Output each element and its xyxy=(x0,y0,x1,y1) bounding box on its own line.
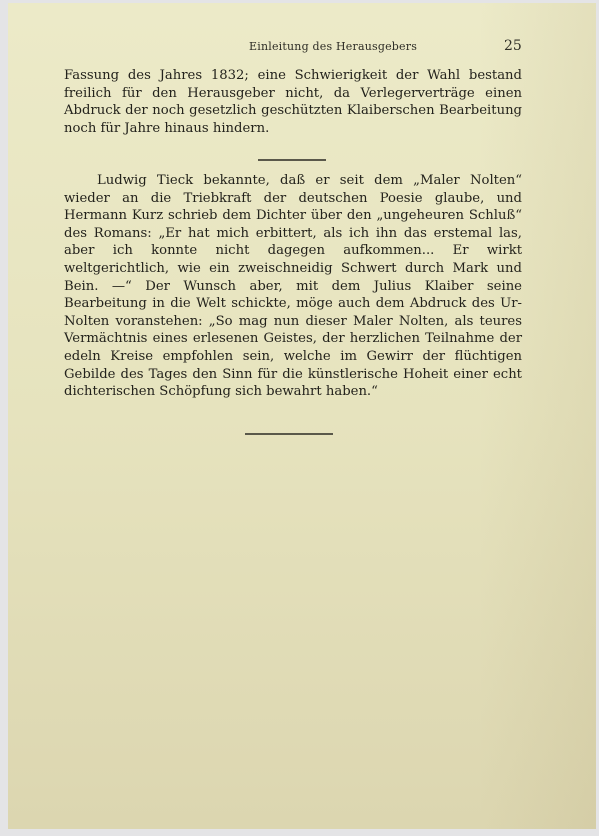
paragraph-2: Ludwig Tieck bekannte, daß er seit dem „… xyxy=(64,172,522,401)
page-number: 25 xyxy=(504,38,522,54)
end-divider xyxy=(245,433,333,435)
running-title: Einleitung des Herausgebers xyxy=(249,40,417,53)
paragraph-1: Fassung des Jahres 1832; eine Schwierigk… xyxy=(64,67,522,137)
book-page: Einleitung des Herausgebers 25 Fassung d… xyxy=(8,3,596,829)
section-divider xyxy=(258,159,326,161)
